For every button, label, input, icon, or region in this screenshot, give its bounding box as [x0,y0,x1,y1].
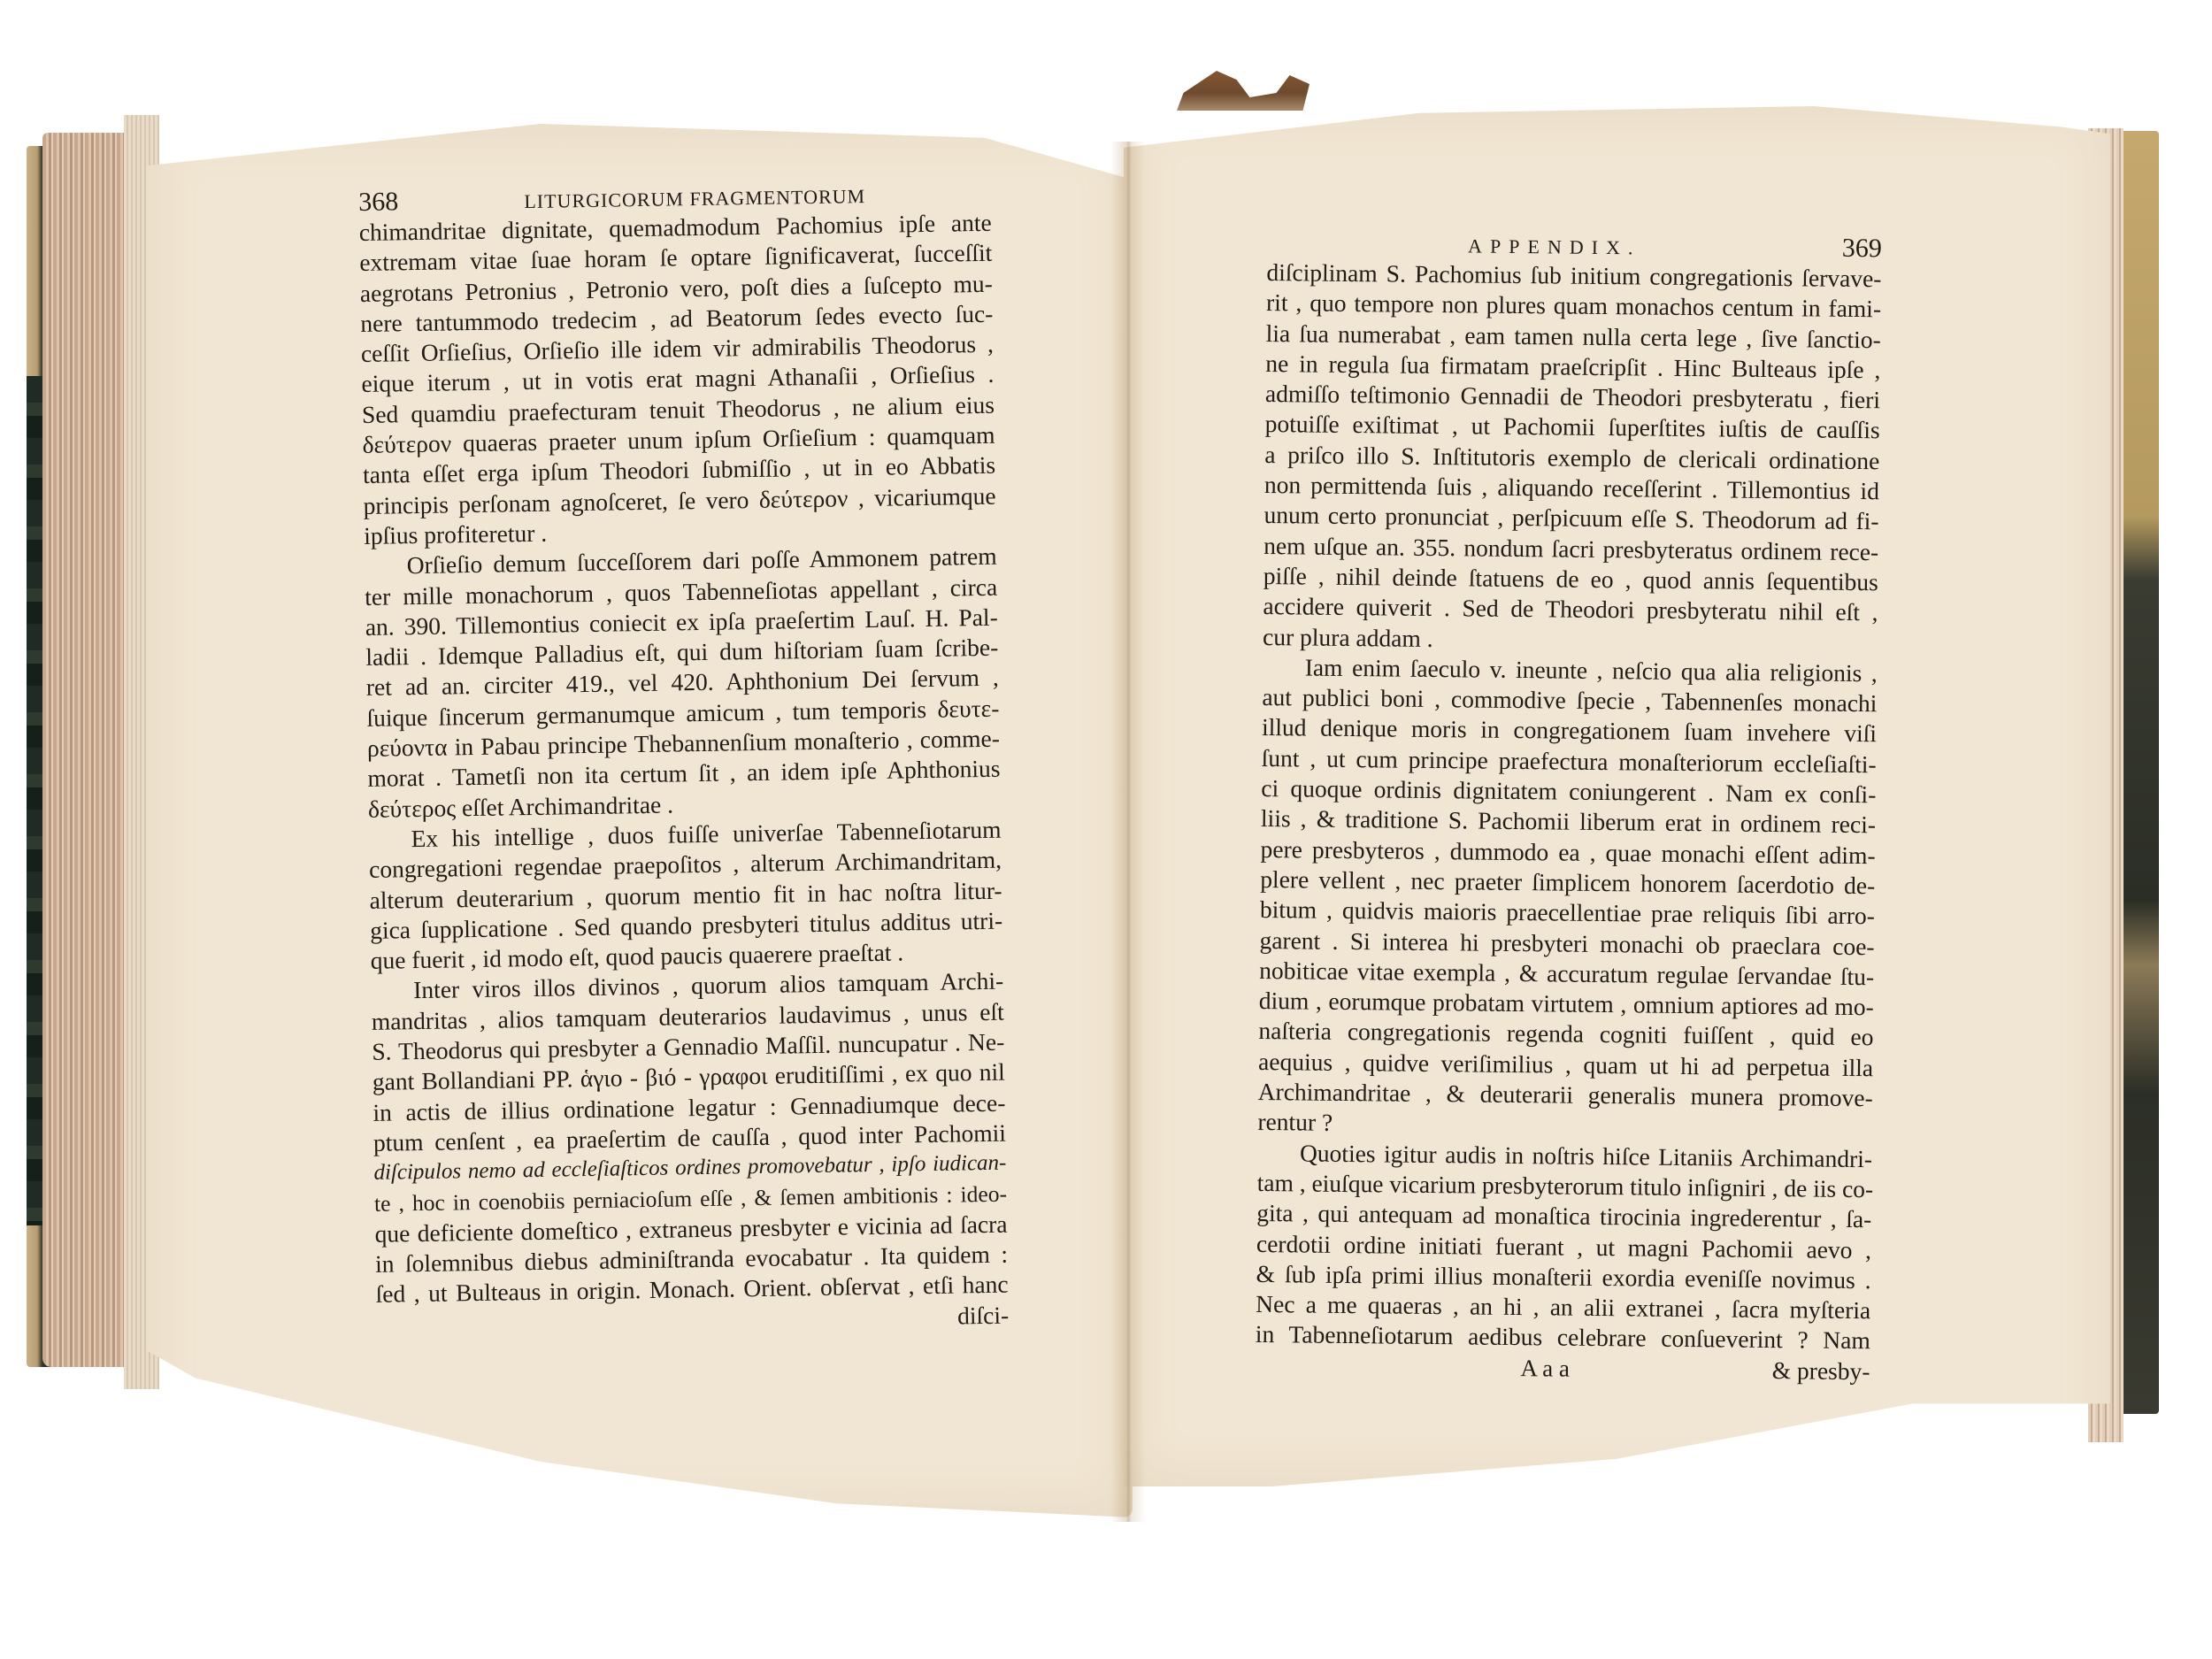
open-book: 368 LITURGICORUM FRAGMENTORUM chimandrit… [0,0,2212,1659]
signature-mark: A a a [1520,1353,1570,1384]
page-footer: A a a & presby- [1255,1350,1870,1387]
catchword: & presby- [1772,1356,1870,1386]
page-number: 369 [1842,234,1882,265]
gutter-shadow [1110,142,1146,1522]
page-number: 368 [358,187,399,218]
right-page-text: APPENDIX. 369 diſciplinam S. Pachomius ſ… [1255,227,1882,1386]
left-page-text: 368 LITURGICORUM FRAGMENTORUM chimandrit… [358,178,1009,1340]
torn-spine-leather [1177,66,1310,111]
text-line: in Tabenneſiotarum aedibus celebrare con… [1256,1319,1870,1356]
